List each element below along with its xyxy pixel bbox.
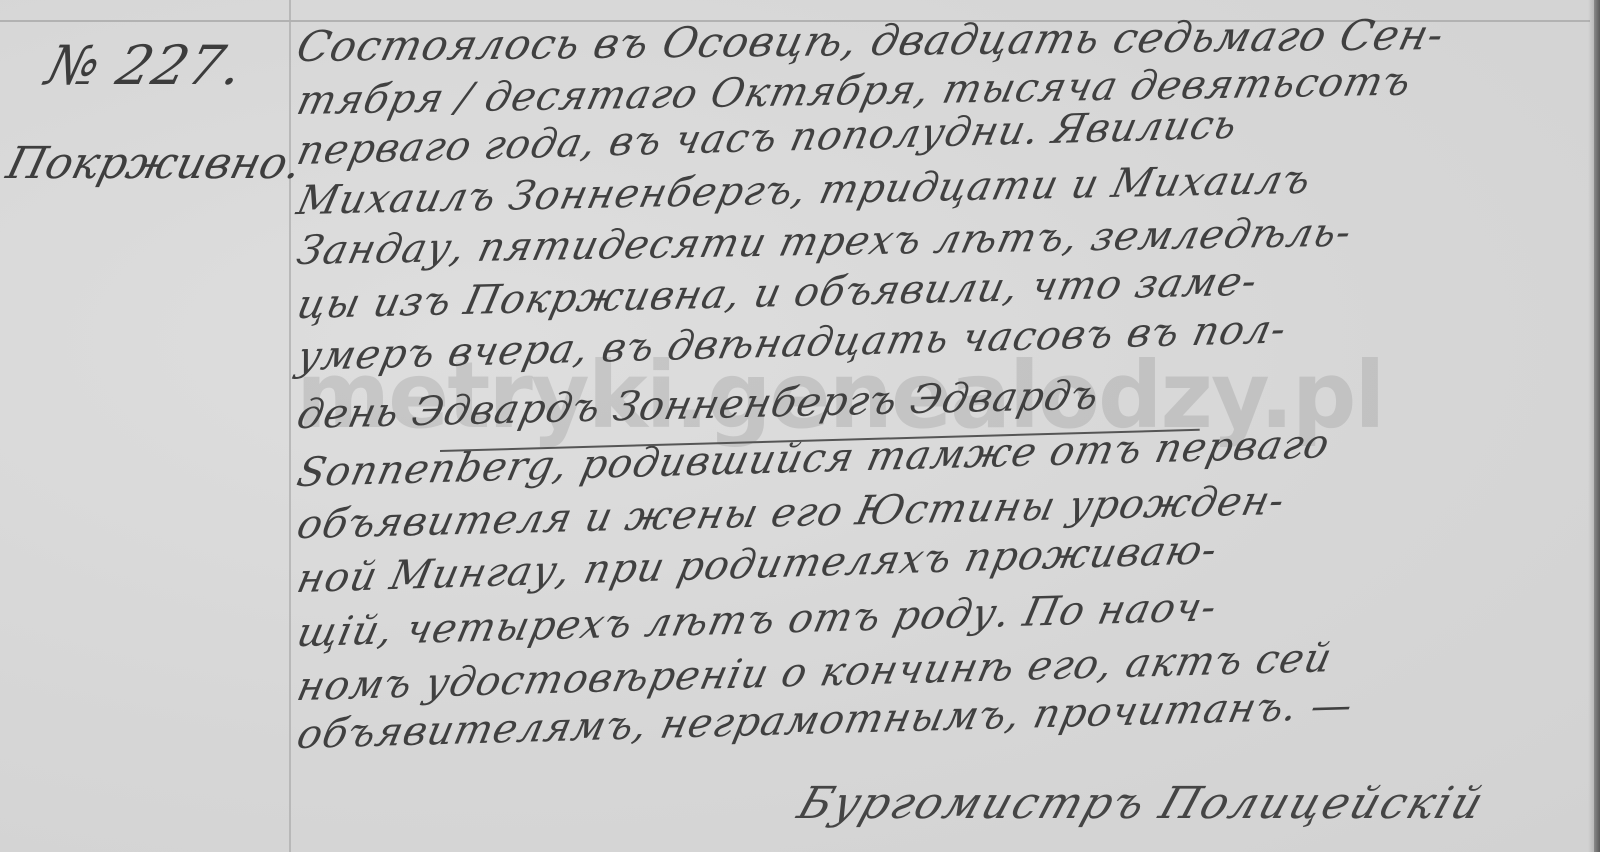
record-text: Состоялось въ Осовцѣ, двадцать седьмаго … bbox=[298, 0, 1588, 852]
scanned-page: metryki.genealodzy.pl № 227. Покрживно. … bbox=[0, 0, 1600, 852]
margin-column: № 227. Покрживно. bbox=[0, 0, 289, 852]
page-edge bbox=[1594, 0, 1600, 852]
entry-number: № 227. bbox=[40, 34, 250, 97]
text-line: день Эдвардъ Зонненбергъ Эдвардъ bbox=[293, 372, 1104, 438]
official-signature: Бургомистръ Полицейскій bbox=[792, 778, 1492, 829]
margin-ruled-line bbox=[289, 0, 291, 852]
village-name: Покрживно. bbox=[2, 138, 307, 189]
